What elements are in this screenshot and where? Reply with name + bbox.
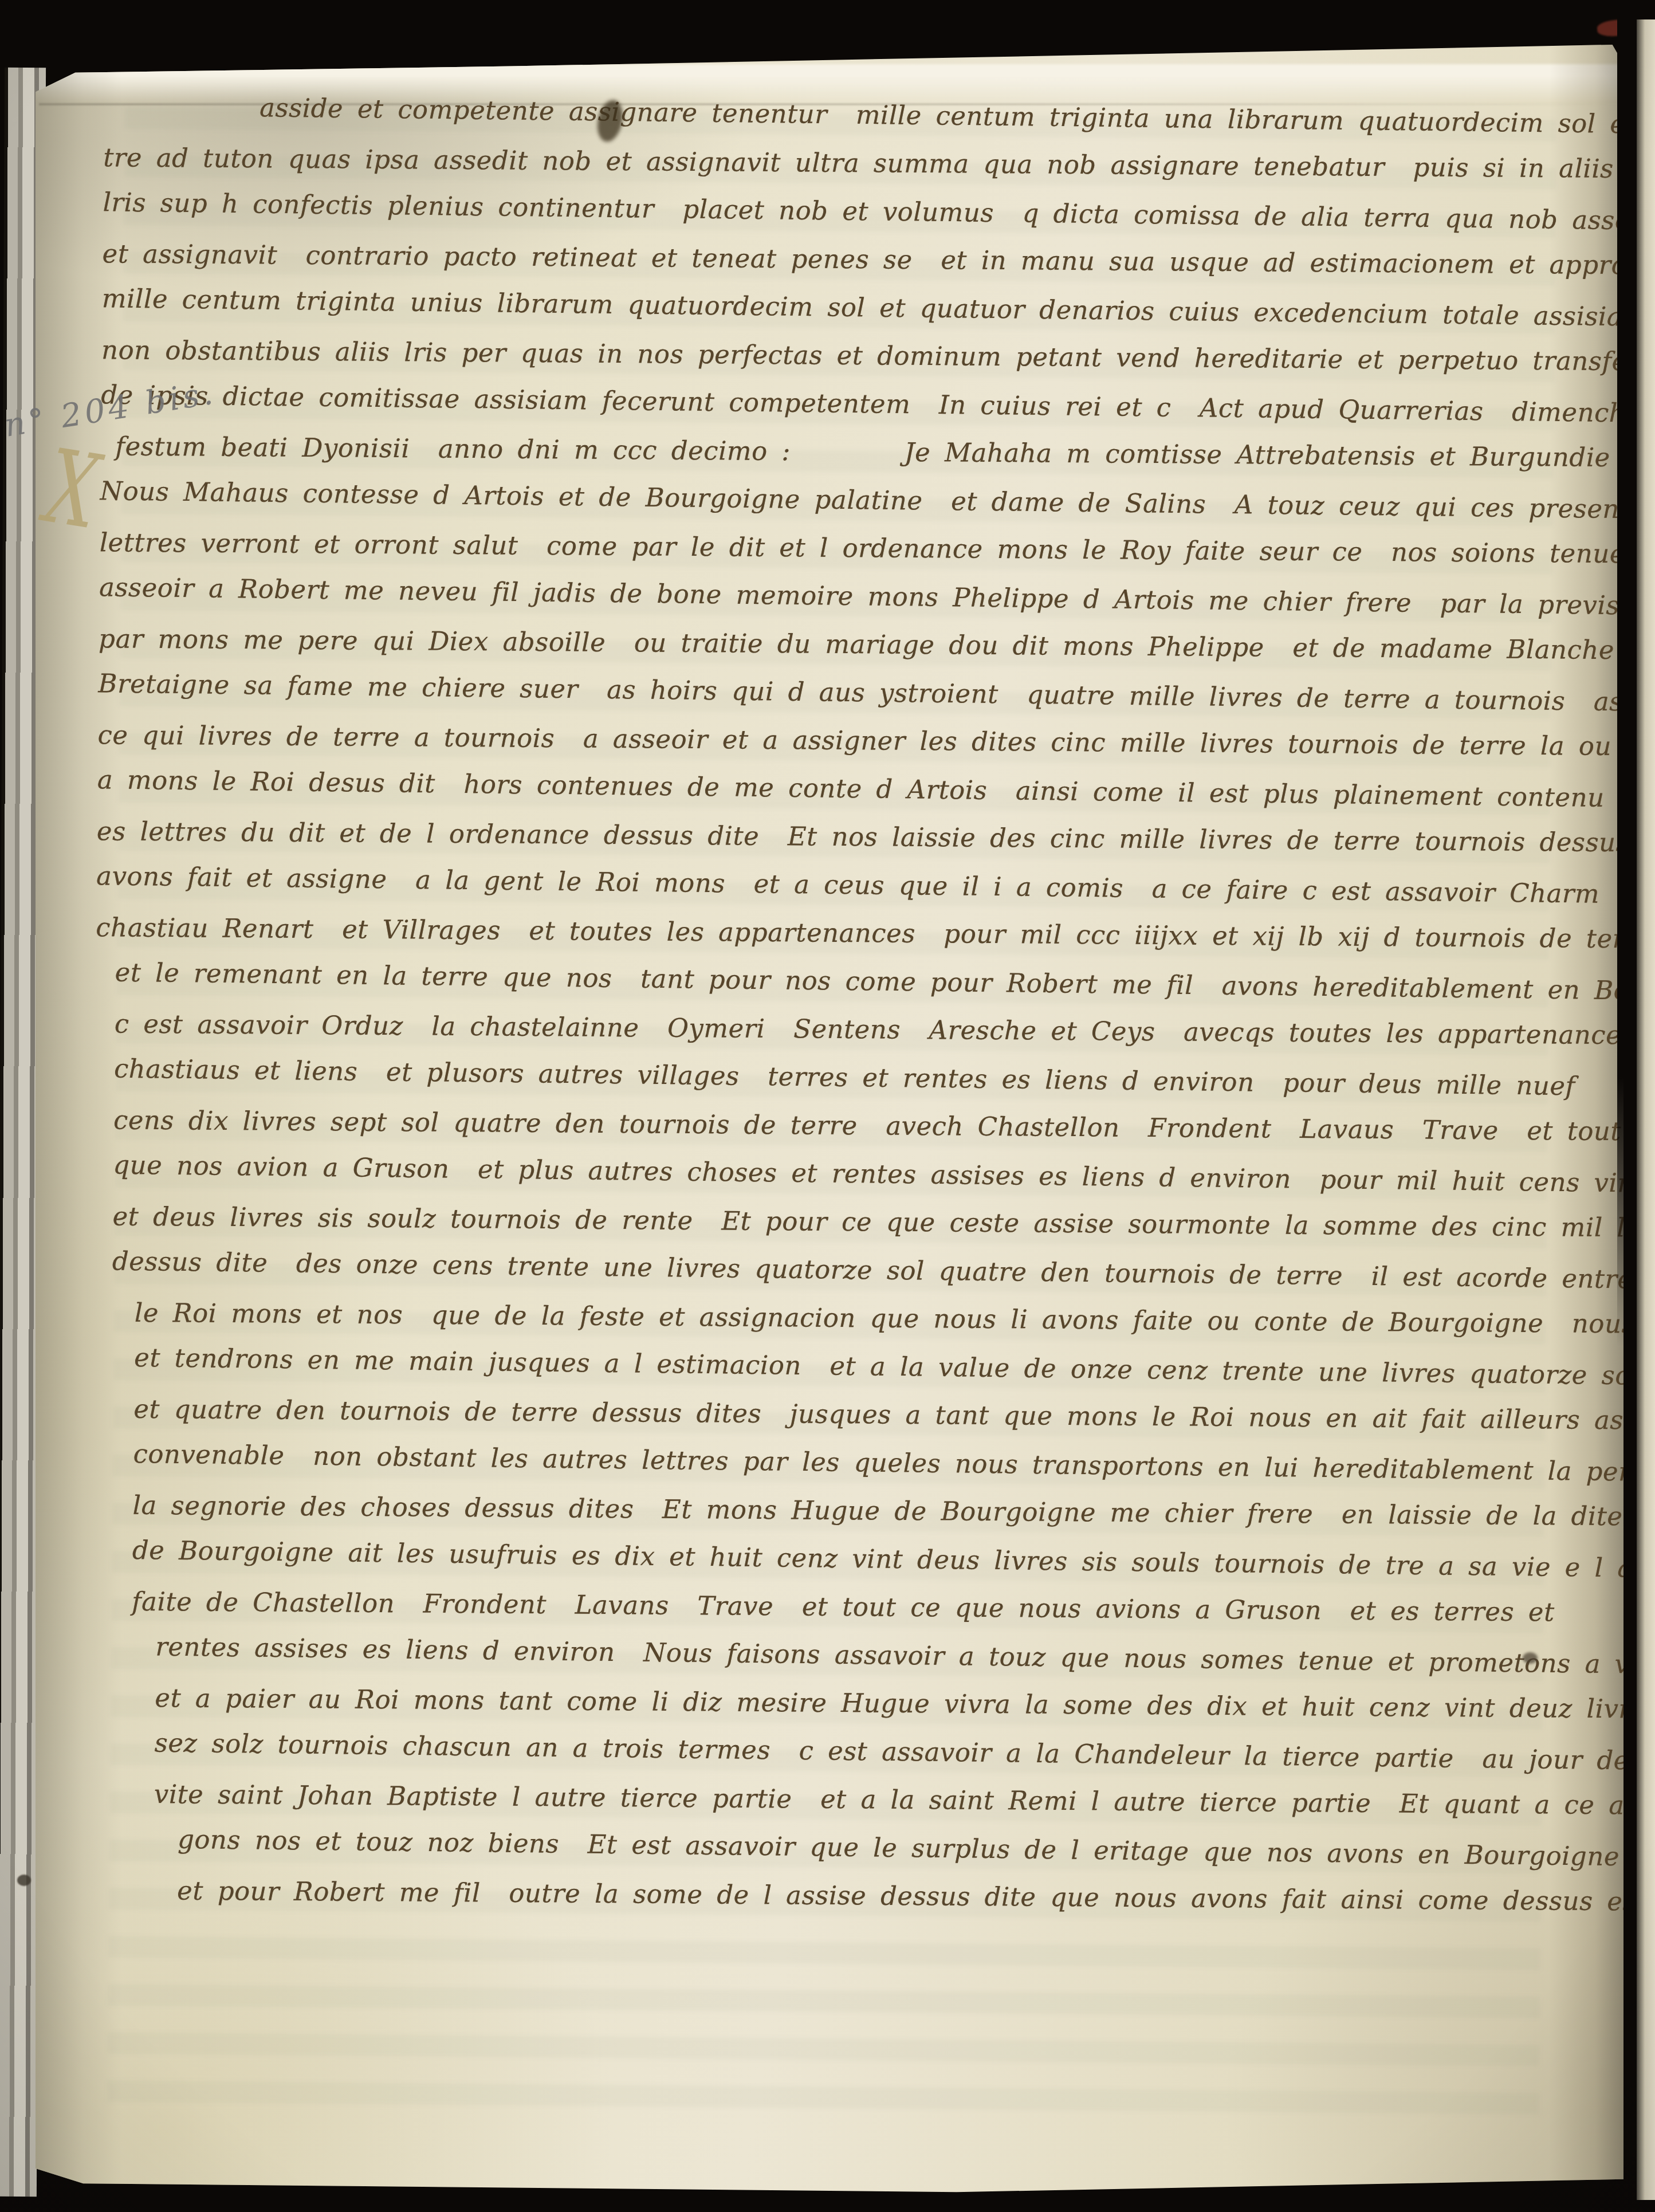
manuscript-photo: asside et competente assignare tenentur … xyxy=(0,0,1655,2212)
edge-ink-dot xyxy=(17,1875,31,1886)
facing-page-sliver xyxy=(1637,19,1655,2200)
parchment-page: asside et competente assignare tenentur … xyxy=(36,45,1623,2194)
manuscript-text-block: asside et competente assignare tenentur … xyxy=(87,92,1605,1935)
stain-spot xyxy=(1523,1652,1538,1664)
